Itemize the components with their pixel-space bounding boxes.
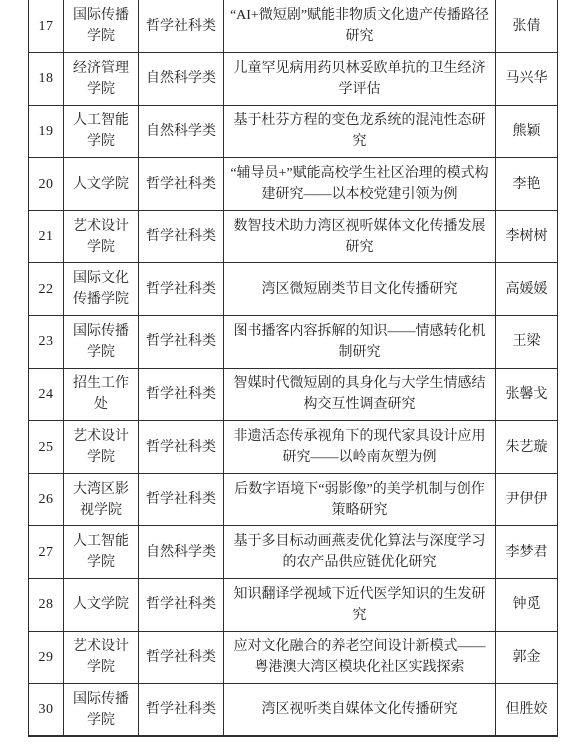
table-row: 26 大湾区影视学院 哲学社科类 后数字语境下“弱影像”的美学机制与创作策略研究… [29,473,558,526]
investigator-cell: 马兴华 [496,53,558,106]
category-cell: 哲学社科类 [139,368,224,421]
category-cell: 哲学社科类 [139,316,224,369]
title-cell: “AI+微短剧”赋能非物质文化遗产传播路径研究 [224,0,496,53]
investigator-cell: 郭金 [496,631,558,684]
row-number-cell: 17 [29,0,64,53]
category-cell: 哲学社科类 [139,263,224,316]
row-number-cell: 25 [29,421,64,474]
row-number-cell: 28 [29,579,64,632]
title-cell: 应对文化融合的养老空间设计新模式——粤港澳大湾区模块化社区实践探索 [224,631,496,684]
title-cell: “辅导员+”赋能高校学生社区治理的模式构建研究——以本校党建引领为例 [224,158,496,211]
row-number-cell: 22 [29,263,64,316]
row-number-cell: 27 [29,526,64,579]
table-row: 25 艺术设计学院 哲学社科类 非遗活态传承视角下的现代家具设计应用研究——以岭… [29,421,558,474]
title-cell: 非遗活态传承视角下的现代家具设计应用研究——以岭南灰塑为例 [224,421,496,474]
college-cell: 招生工作处 [64,368,139,421]
category-cell: 哲学社科类 [139,684,224,737]
row-number-cell: 20 [29,158,64,211]
investigator-cell: 张倩 [496,0,558,53]
title-cell: 后数字语境下“弱影像”的美学机制与创作策略研究 [224,473,496,526]
title-cell: 湾区微短剧类节目文化传播研究 [224,263,496,316]
row-number-cell: 23 [29,316,64,369]
college-cell: 人工智能学院 [64,526,139,579]
college-cell: 国际传播学院 [64,316,139,369]
category-cell: 自然科学类 [139,53,224,106]
college-cell: 国际传播学院 [64,684,139,737]
category-cell: 自然科学类 [139,105,224,158]
table-row: 20 人文学院 哲学社科类 “辅导员+”赋能高校学生社区治理的模式构建研究——以… [29,158,558,211]
title-cell: 智媒时代微短剧的具身化与大学生情感结构交互性调查研究 [224,368,496,421]
investigator-cell: 高媛媛 [496,263,558,316]
table-row: 19 人工智能学院 自然科学类 基于杜芬方程的变色龙系统的混沌性态研究 熊颖 [29,105,558,158]
investigator-cell: 但胜姣 [496,684,558,737]
projects-table: 17 国际传播学院 哲学社科类 “AI+微短剧”赋能非物质文化遗产传播路径研究 … [28,0,558,737]
title-cell: 基于多目标动画燕麦优化算法与深度学习的农产品供应链优化研究 [224,526,496,579]
table-row: 23 国际传播学院 哲学社科类 图书播客内容拆解的知识——情感转化机制研究 王梁 [29,316,558,369]
category-cell: 哲学社科类 [139,473,224,526]
college-cell: 人工智能学院 [64,105,139,158]
college-cell: 人文学院 [64,579,139,632]
college-cell: 艺术设计学院 [64,210,139,263]
investigator-cell: 熊颖 [496,105,558,158]
college-cell: 国际传播学院 [64,0,139,53]
row-number-cell: 19 [29,105,64,158]
category-cell: 自然科学类 [139,526,224,579]
college-cell: 艺术设计学院 [64,421,139,474]
title-cell: 知识翻译学视域下近代医学知识的生发研究 [224,579,496,632]
category-cell: 哲学社科类 [139,158,224,211]
investigator-cell: 王梁 [496,316,558,369]
investigator-cell: 朱艺璇 [496,421,558,474]
college-cell: 大湾区影视学院 [64,473,139,526]
category-cell: 哲学社科类 [139,579,224,632]
table-row: 22 国际文化传播学院 哲学社科类 湾区微短剧类节目文化传播研究 高媛媛 [29,263,558,316]
college-cell: 经济管理学院 [64,53,139,106]
investigator-cell: 李艳 [496,158,558,211]
investigator-cell: 尹伊伊 [496,473,558,526]
college-cell: 人文学院 [64,158,139,211]
table-row: 18 经济管理学院 自然科学类 儿童罕见病用药贝林妥欧单抗的卫生经济学评估 马兴… [29,53,558,106]
category-cell: 哲学社科类 [139,631,224,684]
title-cell: 图书播客内容拆解的知识——情感转化机制研究 [224,316,496,369]
table-row: 21 艺术设计学院 哲学社科类 数智技术助力湾区视听媒体文化传播发展研究 李树树 [29,210,558,263]
college-cell: 国际文化传播学院 [64,263,139,316]
row-number-cell: 26 [29,473,64,526]
investigator-cell: 张馨戈 [496,368,558,421]
row-number-cell: 29 [29,631,64,684]
table-row: 17 国际传播学院 哲学社科类 “AI+微短剧”赋能非物质文化遗产传播路径研究 … [29,0,558,53]
title-cell: 湾区视听类自媒体文化传播研究 [224,684,496,737]
row-number-cell: 24 [29,368,64,421]
investigator-cell: 钟觅 [496,579,558,632]
title-cell: 数智技术助力湾区视听媒体文化传播发展研究 [224,210,496,263]
table-row: 27 人工智能学院 自然科学类 基于多目标动画燕麦优化算法与深度学习的农产品供应… [29,526,558,579]
investigator-cell: 李树树 [496,210,558,263]
category-cell: 哲学社科类 [139,0,224,53]
table-row: 29 艺术设计学院 哲学社科类 应对文化融合的养老空间设计新模式——粤港澳大湾区… [29,631,558,684]
table-row: 24 招生工作处 哲学社科类 智媒时代微短剧的具身化与大学生情感结构交互性调查研… [29,368,558,421]
table-row: 28 人文学院 哲学社科类 知识翻译学视域下近代医学知识的生发研究 钟觅 [29,579,558,632]
investigator-cell: 李梦君 [496,526,558,579]
document-page: 17 国际传播学院 哲学社科类 “AI+微短剧”赋能非物质文化遗产传播路径研究 … [0,0,584,745]
row-number-cell: 21 [29,210,64,263]
projects-table-body: 17 国际传播学院 哲学社科类 “AI+微短剧”赋能非物质文化遗产传播路径研究 … [29,0,558,736]
category-cell: 哲学社科类 [139,421,224,474]
table-row: 30 国际传播学院 哲学社科类 湾区视听类自媒体文化传播研究 但胜姣 [29,684,558,737]
title-cell: 基于杜芬方程的变色龙系统的混沌性态研究 [224,105,496,158]
row-number-cell: 30 [29,684,64,737]
category-cell: 哲学社科类 [139,210,224,263]
college-cell: 艺术设计学院 [64,631,139,684]
row-number-cell: 18 [29,53,64,106]
title-cell: 儿童罕见病用药贝林妥欧单抗的卫生经济学评估 [224,53,496,106]
